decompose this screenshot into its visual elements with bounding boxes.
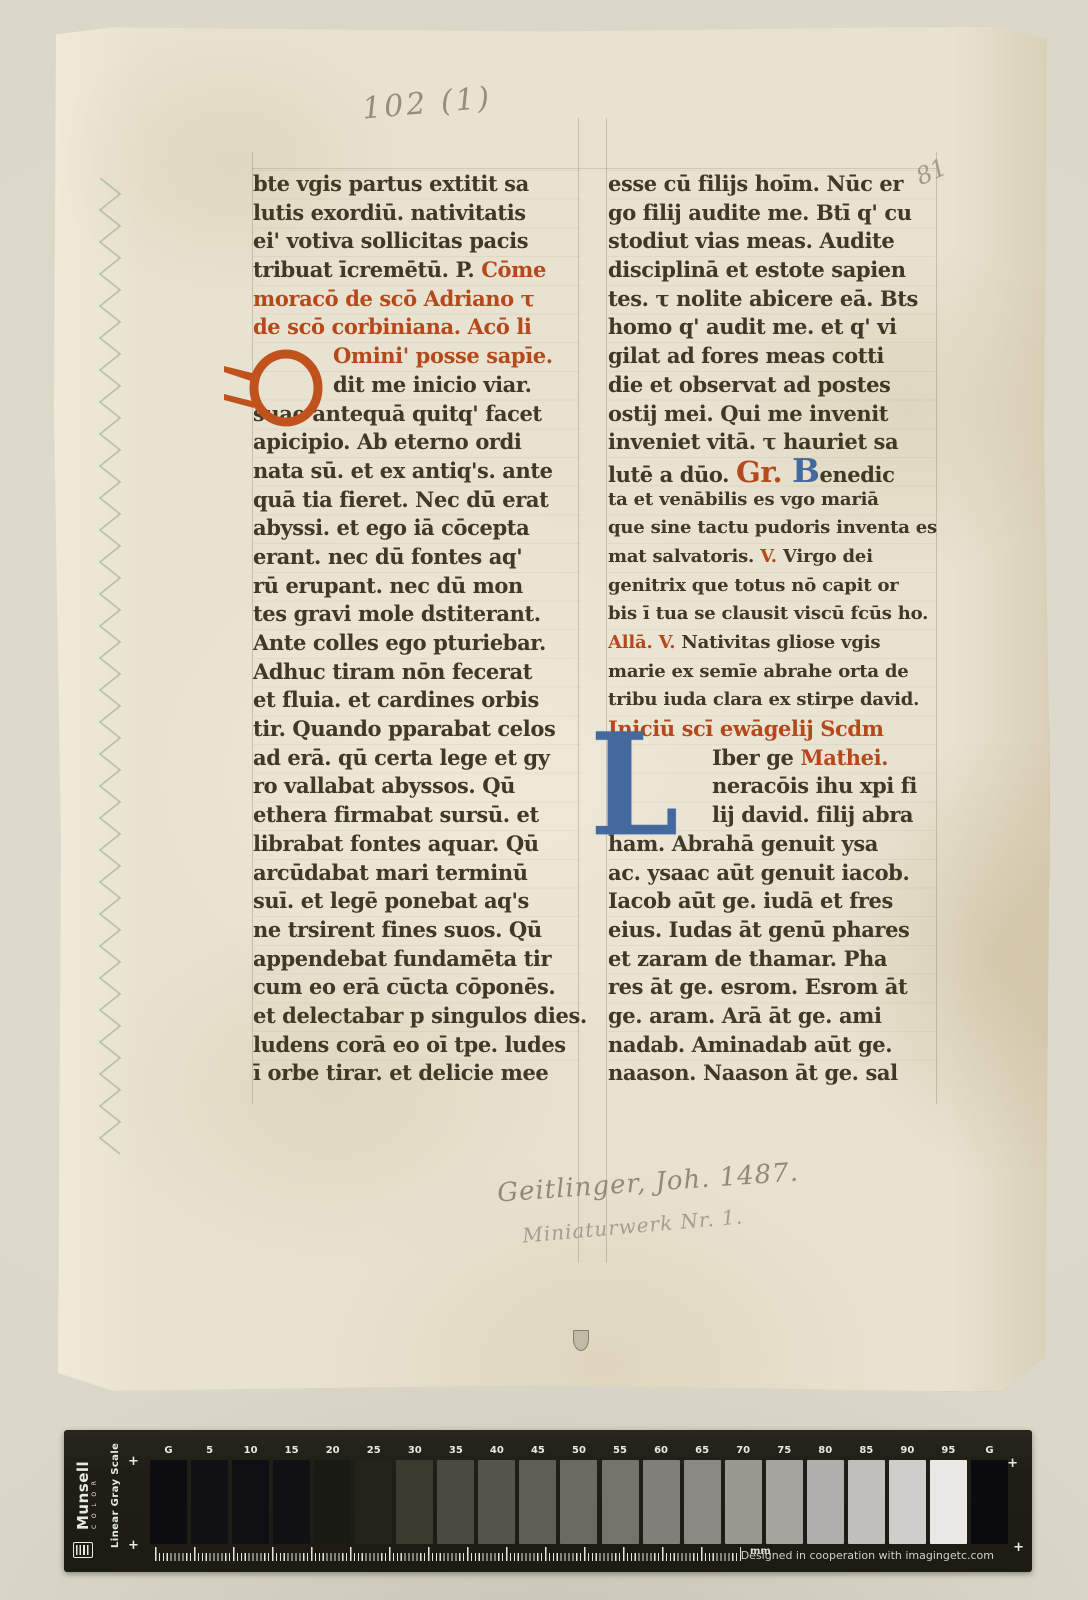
registration-plus-mark: + <box>1007 1456 1018 1471</box>
text-line: lutē a dūo. Gr. Benedic <box>608 457 936 486</box>
text-line: cum eo erā cūcta cōponēs. <box>253 973 581 1002</box>
text-line: Allā. V. Nativitas gliose vgis <box>608 629 936 658</box>
body-text: Iber ge <box>712 745 800 770</box>
text-column-right: esse cū filijs hoīm. Nūc ergo filij audi… <box>608 170 936 1088</box>
text-line: inveniet vitā. τ hauriet sa <box>608 428 936 457</box>
patch-swatch <box>725 1460 762 1544</box>
body-text: cum eo erā cūcta cōponēs. <box>253 974 555 999</box>
text-line: arcūdabat mari terminū <box>253 859 581 888</box>
body-text: nadab. Aminadab aūt ge. <box>608 1032 892 1057</box>
text-line: genitrix que totus nō capit or <box>608 572 936 601</box>
body-text: erant. nec dū fontes aq' <box>253 544 522 569</box>
body-text: disciplinā et estote sapien <box>608 257 906 282</box>
body-text: tribuat īcremētū. P. <box>253 257 481 282</box>
patch-label: 50 <box>572 1444 586 1460</box>
text-line: et delectabar p singulos dies. <box>253 1002 581 1031</box>
initial-d-red <box>222 348 326 430</box>
patch-label: 85 <box>859 1444 873 1460</box>
body-text: ta et venābilis es vgo mariā <box>608 489 879 510</box>
text-line: naason. Naason āt ge. sal <box>608 1059 936 1088</box>
body-text: naason. Naason āt ge. sal <box>608 1060 898 1085</box>
patch-swatch <box>643 1460 680 1544</box>
body-text: arcūdabat mari terminū <box>253 860 528 885</box>
body-text: lij david. filij abra <box>712 802 913 827</box>
body-text: Nativitas gliose vgis <box>681 632 880 653</box>
gray-patch: 15 <box>273 1444 310 1544</box>
text-line: die et observat ad postes <box>608 371 936 400</box>
body-text: bte vgis partus extitit sa <box>253 171 529 196</box>
text-line: eius. Iudas āt genū phares <box>608 916 936 945</box>
gray-patch: G <box>971 1444 1008 1544</box>
text-line: ad erā. qū certa lege et gy <box>253 744 581 773</box>
text-line: stodiut vias meas. Audite <box>608 227 936 256</box>
body-text: eius. Iudas āt genū phares <box>608 917 909 942</box>
patch-swatch <box>519 1460 556 1544</box>
body-text: Virgo dei <box>783 546 873 567</box>
body-text: suī. et legē ponebat aq's <box>253 888 529 913</box>
body-text: stodiut vias meas. Audite <box>608 228 894 253</box>
patch-swatch <box>232 1460 269 1544</box>
rubric-text: moracō de scō Adriano τ <box>253 286 534 311</box>
ruling-line <box>252 168 936 169</box>
body-text: et delectabar p singulos dies. <box>253 1003 587 1028</box>
text-line: mat salvatoris. V. Virgo dei <box>608 543 936 572</box>
stitching-repair <box>96 178 126 1178</box>
registration-plus-mark: + <box>128 1538 139 1553</box>
body-text: apicipio. Ab eterno ordi <box>253 429 521 454</box>
rubric-text: V. <box>760 546 783 567</box>
gray-patch: 5 <box>191 1444 228 1544</box>
body-text: tir. Quando pparabat celos <box>253 716 555 741</box>
munsell-gray-scale-bar: Munsell C O L O R Linear Gray Scale + + … <box>64 1430 1032 1572</box>
body-text: et fluia. et cardines orbis <box>253 687 539 712</box>
text-line: appendebat fundamēta tir <box>253 945 581 974</box>
patch-label: 30 <box>408 1444 422 1460</box>
body-text: ludens corā eo oī tpe. ludes <box>253 1032 566 1057</box>
text-line: rū erupant. nec dū mon <box>253 572 581 601</box>
text-line: que sine tactu pudoris inventa es <box>608 514 936 543</box>
rubric-text: Cōme <box>481 257 546 282</box>
text-line: ne trsirent fines suos. Qū <box>253 916 581 945</box>
gray-patch: 55 <box>602 1444 639 1544</box>
text-line: apicipio. Ab eterno ordi <box>253 428 581 457</box>
text-line: suī. et legē ponebat aq's <box>253 887 581 916</box>
body-text: mat salvatoris. <box>608 546 760 567</box>
body-text: gilat ad fores meas cotti <box>608 343 884 368</box>
body-text: lutē a dūo. <box>608 462 736 487</box>
patch-label: 35 <box>449 1444 463 1460</box>
text-line: esse cū filijs hoīm. Nūc er <box>608 170 936 199</box>
patch-swatch <box>807 1460 844 1544</box>
text-line: ei' votiva sollicitas pacis <box>253 227 581 256</box>
gray-patch: 50 <box>560 1444 597 1544</box>
gray-patch: 30 <box>396 1444 433 1544</box>
credit-text: Designed in cooperation with imagingetc.… <box>741 1549 994 1562</box>
photograph-background: 102 (1) 81 Geitlinger, Joh. 1487. Miniat… <box>0 0 1088 1600</box>
text-line: ludens corā eo oī tpe. ludes <box>253 1031 581 1060</box>
patch-label: 80 <box>818 1444 832 1460</box>
patch-label: 90 <box>900 1444 914 1460</box>
text-line: et zaram de thamar. Pha <box>608 945 936 974</box>
body-text: que sine tactu pudoris inventa es <box>608 517 937 538</box>
patch-swatch <box>314 1460 351 1544</box>
text-line: Adhuc tiram nōn fecerat <box>253 658 581 687</box>
body-text: tes gravi mole dstiterant. <box>253 601 541 626</box>
body-text: appendebat fundamēta tir <box>253 946 551 971</box>
patch-swatch <box>889 1460 926 1544</box>
text-line: ethera firmabat sursū. et <box>253 801 581 830</box>
rubric-text: Gr. <box>736 455 792 489</box>
gray-patch-row: G5101520253035404550556065707580859095G <box>150 1444 1008 1544</box>
patch-swatch <box>560 1460 597 1544</box>
ruling-line <box>936 152 937 1104</box>
patch-label: 20 <box>326 1444 340 1460</box>
text-line: Ante colles ego pturiebar. <box>253 629 581 658</box>
gray-patch: 85 <box>848 1444 885 1544</box>
registration-plus-mark: + <box>128 1454 139 1469</box>
text-line: res āt ge. esrom. Esrom āt <box>608 973 936 1002</box>
body-text: enedic <box>819 462 894 487</box>
patch-swatch <box>602 1460 639 1544</box>
patch-swatch <box>150 1460 187 1544</box>
patch-swatch <box>684 1460 721 1544</box>
patch-label: 75 <box>777 1444 791 1460</box>
ruling-line <box>606 118 607 1263</box>
mm-ruler <box>155 1546 741 1561</box>
patch-swatch <box>848 1460 885 1544</box>
gray-patch: 10 <box>232 1444 269 1544</box>
gray-patch: 80 <box>807 1444 844 1544</box>
body-text: abyssi. et ego iā cōcepta <box>253 515 529 540</box>
patch-label: 55 <box>613 1444 627 1460</box>
body-text: esse cū filijs hoīm. Nūc er <box>608 171 903 196</box>
patch-label: 65 <box>695 1444 709 1460</box>
body-text: nata sū. et ex antiq's. ante <box>253 458 553 483</box>
body-text: ge. aram. Arā āt ge. ami <box>608 1003 882 1028</box>
text-line: ta et venābilis es vgo mariā <box>608 486 936 515</box>
text-line: gilat ad fores meas cotti <box>608 342 936 371</box>
body-text: dit me inicio viar. <box>333 372 532 397</box>
body-text: ethera firmabat sursū. et <box>253 802 539 827</box>
gray-patch: 75 <box>766 1444 803 1544</box>
patch-swatch <box>355 1460 392 1544</box>
body-text: librabat fontes aquar. Qū <box>253 831 539 856</box>
text-line: ge. aram. Arā āt ge. ami <box>608 1002 936 1031</box>
text-line: Iacob aūt ge. iudā et fres <box>608 887 936 916</box>
body-text: res āt ge. esrom. Esrom āt <box>608 974 907 999</box>
patch-swatch <box>437 1460 474 1544</box>
gray-patch: 35 <box>437 1444 474 1544</box>
text-line: nadab. Aminadab aūt ge. <box>608 1031 936 1060</box>
gray-patch: 95 <box>930 1444 967 1544</box>
rubric-text: Omini' posse sapīe. <box>333 343 553 368</box>
munsell-brand-label: Munsell <box>74 1461 92 1530</box>
registration-plus-mark: + <box>1013 1540 1024 1555</box>
body-text: bis ī tua se clausit viscū fcūs ho. <box>608 603 928 624</box>
body-text: rū erupant. nec dū mon <box>253 573 523 598</box>
patch-swatch <box>930 1460 967 1544</box>
text-line: quā tia fieret. Nec dū erat <box>253 486 581 515</box>
body-text: lutis exordiū. nativitatis <box>253 200 526 225</box>
patch-swatch <box>971 1460 1008 1544</box>
body-text: et zaram de thamar. Pha <box>608 946 887 971</box>
initial-l-blue: L <box>590 714 679 855</box>
gray-patch: 25 <box>355 1444 392 1544</box>
patch-label: 10 <box>244 1444 258 1460</box>
text-line: ostij mei. Qui me invenit <box>608 400 936 429</box>
text-line: disciplinā et estote sapien <box>608 256 936 285</box>
patch-label: 95 <box>941 1444 955 1460</box>
body-text: inveniet vitā. τ hauriet sa <box>608 429 898 454</box>
text-line: marie ex semīe abrahe orta de <box>608 658 936 687</box>
patch-label: 60 <box>654 1444 668 1460</box>
body-text: Iacob aūt ge. iudā et fres <box>608 888 893 913</box>
body-text: marie ex semīe abrahe orta de <box>608 661 909 682</box>
text-line: tribuat īcremētū. P. Cōme <box>253 256 581 285</box>
body-text: tes. τ nolite abicere eā. Bts <box>608 286 918 311</box>
inline-initial: B <box>792 451 820 490</box>
patch-label: 70 <box>736 1444 750 1460</box>
patch-label: 40 <box>490 1444 504 1460</box>
gray-patch: 70 <box>725 1444 762 1544</box>
text-line: moracō de scō Adriano τ <box>253 285 581 314</box>
scale-name-label: Linear Gray Scale <box>110 1443 121 1548</box>
patch-label: G <box>164 1444 172 1460</box>
body-text: Adhuc tiram nōn fecerat <box>253 659 532 684</box>
gray-patch: 60 <box>643 1444 680 1544</box>
patch-swatch <box>478 1460 515 1544</box>
gray-patch: 20 <box>314 1444 351 1544</box>
munsell-logo-icon <box>73 1542 93 1558</box>
patch-label: 5 <box>206 1444 213 1460</box>
body-text: go filij audite me. Btī q' cu <box>608 200 912 225</box>
text-line: tes gravi mole dstiterant. <box>253 600 581 629</box>
patch-swatch <box>273 1460 310 1544</box>
text-column-left: bte vgis partus extitit salutis exordiū.… <box>253 170 581 1088</box>
patch-swatch <box>766 1460 803 1544</box>
patch-label: 45 <box>531 1444 545 1460</box>
body-text: ī orbe tirar. et delicie mee <box>253 1060 548 1085</box>
text-line: go filij audite me. Btī q' cu <box>608 199 936 228</box>
text-line: erant. nec dū fontes aq' <box>253 543 581 572</box>
patch-label: 15 <box>285 1444 299 1460</box>
rubric-text: Allā. V. <box>608 632 681 653</box>
body-text: neracōis ihu xpi fi <box>712 773 917 798</box>
text-line: ī orbe tirar. et delicie mee <box>253 1059 581 1088</box>
body-text: genitrix que totus nō capit or <box>608 575 899 596</box>
gray-patch: 40 <box>478 1444 515 1544</box>
text-line: librabat fontes aquar. Qū <box>253 830 581 859</box>
body-text: homo q' audit me. et q' vi <box>608 314 897 339</box>
text-line: tes. τ nolite abicere eā. Bts <box>608 285 936 314</box>
text-line: et fluia. et cardines orbis <box>253 686 581 715</box>
gray-patch: 90 <box>889 1444 926 1544</box>
body-text: ro vallabat abyssos. Qū <box>253 773 515 798</box>
text-line: de scō corbiniana. Acō li <box>253 313 581 342</box>
text-line: bis ī tua se clausit viscū fcūs ho. <box>608 600 936 629</box>
body-text: ne trsirent fines suos. Qū <box>253 917 542 942</box>
rubric-text: Mathei. <box>800 745 888 770</box>
gray-patch: G <box>150 1444 187 1544</box>
body-text: ei' votiva sollicitas pacis <box>253 228 528 253</box>
body-text: ad erā. qū certa lege et gy <box>253 745 550 770</box>
ruler-major-ticks <box>155 1547 741 1561</box>
text-line: tir. Quando pparabat celos <box>253 715 581 744</box>
body-text: quā tia fieret. Nec dū erat <box>253 487 548 512</box>
text-line: lutis exordiū. nativitatis <box>253 199 581 228</box>
rubric-text: de scō corbiniana. Acō li <box>253 314 532 339</box>
text-line: abyssi. et ego iā cōcepta <box>253 514 581 543</box>
body-text: Ante colles ego pturiebar. <box>253 630 546 655</box>
patch-label: G <box>985 1444 993 1460</box>
munsell-color-label: C O L O R <box>91 1479 98 1529</box>
gray-patch: 45 <box>519 1444 556 1544</box>
body-text: ostij mei. Qui me invenit <box>608 401 888 426</box>
text-line: ro vallabat abyssos. Qū <box>253 772 581 801</box>
text-line: homo q' audit me. et q' vi <box>608 313 936 342</box>
patch-swatch <box>396 1460 433 1544</box>
text-line: nata sū. et ex antiq's. ante <box>253 457 581 486</box>
gray-patch: 65 <box>684 1444 721 1544</box>
patch-label: 25 <box>367 1444 381 1460</box>
patch-swatch <box>191 1460 228 1544</box>
body-text: die et observat ad postes <box>608 372 890 397</box>
text-line: bte vgis partus extitit sa <box>253 170 581 199</box>
